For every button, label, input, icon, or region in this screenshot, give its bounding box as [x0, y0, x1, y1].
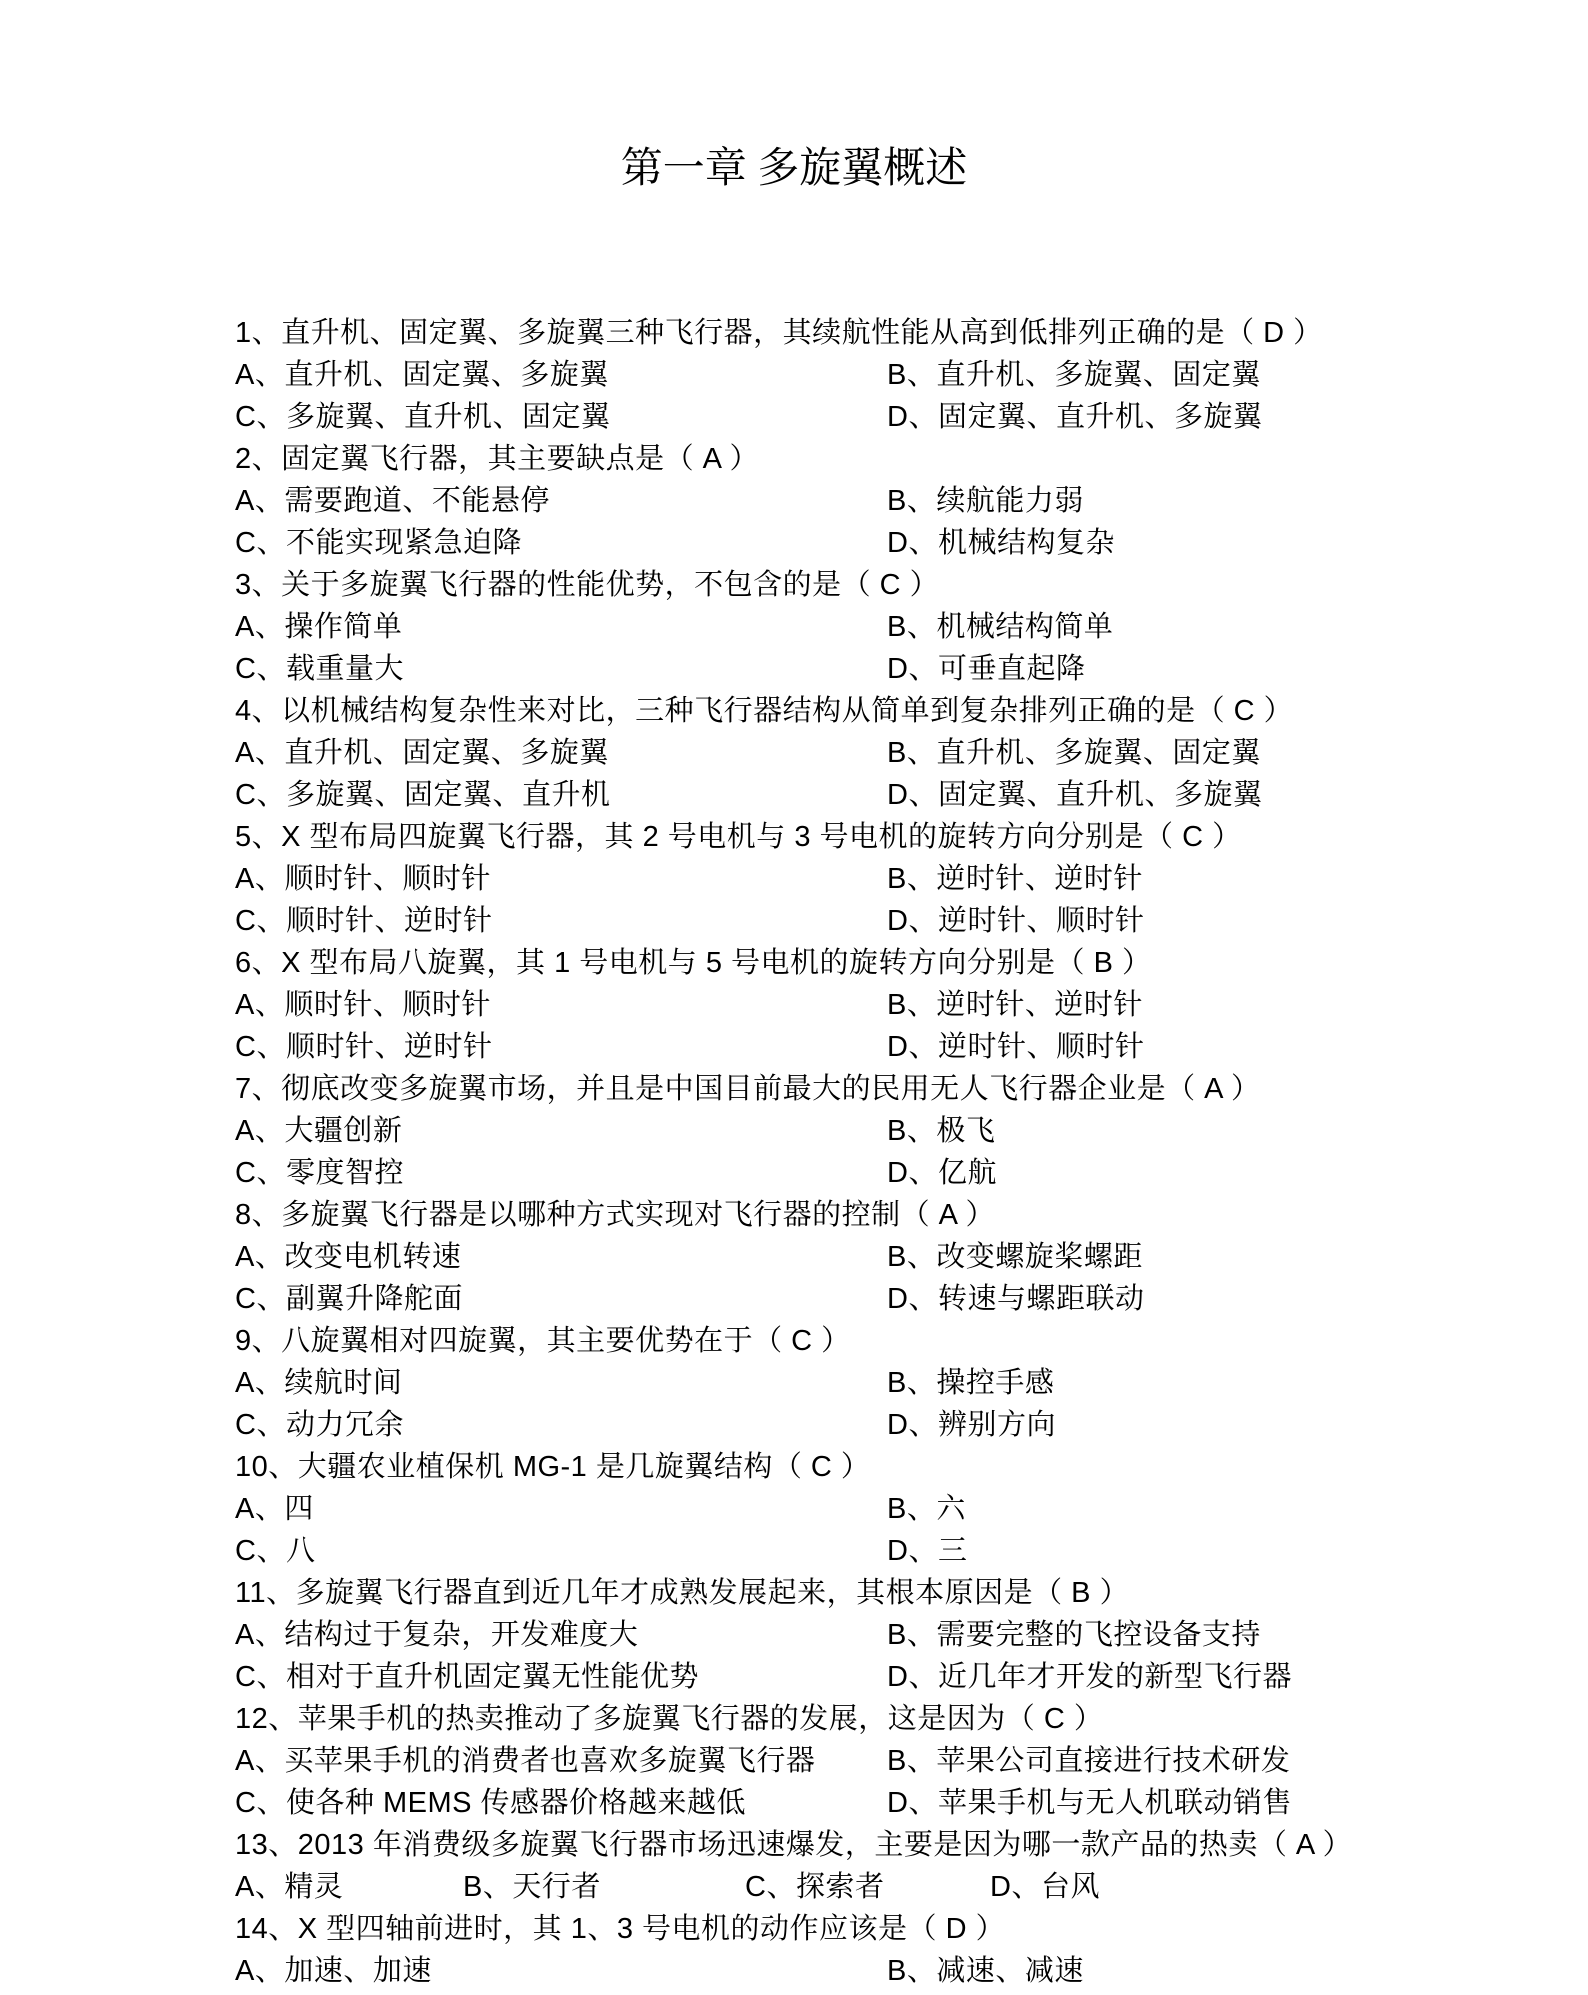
option: D、台风 — [990, 1866, 1100, 1908]
question-block: 3、关于多旋翼飞行器的性能优势，不包含的是（ C ）A、操作简单B、机械结构简单… — [235, 564, 1435, 690]
option: B、改变螺旋桨螺距 — [887, 1236, 1143, 1278]
option: B、天行者 — [463, 1866, 601, 1908]
option: D、逆时针、顺时针 — [887, 1026, 1144, 1068]
option-row: A、改变电机转速B、改变螺旋桨螺距 — [235, 1236, 1435, 1278]
question-block: 10、大疆农业植保机 MG-1 是几旋翼结构（ C ）A、四B、六C、八D、三 — [235, 1446, 1435, 1572]
option: D、三 — [887, 1530, 967, 1572]
option: A、买苹果手机的消费者也喜欢多旋翼飞行器 — [235, 1740, 815, 1782]
question-stem: 3、关于多旋翼飞行器的性能优势，不包含的是（ C ） — [235, 564, 1435, 606]
option-row: C、不能实现紧急迫降D、机械结构复杂 — [235, 522, 1435, 564]
option: C、使各种 MEMS 传感器价格越来越低 — [235, 1782, 746, 1824]
option: C、探索者 — [745, 1866, 884, 1908]
option-row: C、副翼升降舵面D、转速与螺距联动 — [235, 1278, 1435, 1320]
option-row: A、续航时间B、操控手感 — [235, 1362, 1435, 1404]
question-block: 5、X 型布局四旋翼飞行器，其 2 号电机与 3 号电机的旋转方向分别是（ C … — [235, 816, 1435, 942]
question-stem: 2、固定翼飞行器，其主要缺点是（ A ） — [235, 438, 1435, 480]
question-stem: 9、八旋翼相对四旋翼，其主要优势在于（ C ） — [235, 1320, 1435, 1362]
question-block: 4、以机械结构复杂性来对比，三种飞行器结构从简单到复杂排列正确的是（ C ）A、… — [235, 690, 1435, 816]
option: A、精灵 — [235, 1866, 343, 1908]
option: B、六 — [887, 1488, 966, 1530]
question-stem: 7、彻底改变多旋翼市场，并且是中国目前最大的民用无人飞行器企业是（ A ） — [235, 1068, 1435, 1110]
option-row: A、顺时针、顺时针B、逆时针、逆时针 — [235, 984, 1435, 1026]
option: D、可垂直起降 — [887, 648, 1085, 690]
option: A、操作简单 — [235, 606, 402, 648]
option: B、减速、减速 — [887, 1950, 1084, 1992]
option-row: A、大疆创新B、极飞 — [235, 1110, 1435, 1152]
option: B、逆时针、逆时针 — [887, 984, 1143, 1026]
option: C、八 — [235, 1530, 315, 1572]
question-block: 12、苹果手机的热卖推动了多旋翼飞行器的发展，这是因为（ C ）A、买苹果手机的… — [235, 1698, 1435, 1824]
option: A、直升机、固定翼、多旋翼 — [235, 732, 609, 774]
option: D、近几年才开发的新型飞行器 — [887, 1656, 1292, 1698]
question-block: 7、彻底改变多旋翼市场，并且是中国目前最大的民用无人飞行器企业是（ A ）A、大… — [235, 1068, 1435, 1194]
option: C、相对于直升机固定翼无性能优势 — [235, 1656, 699, 1698]
option: C、载重量大 — [235, 648, 404, 690]
option: D、逆时针、顺时针 — [887, 900, 1144, 942]
option: D、转速与螺距联动 — [887, 1278, 1144, 1320]
option: A、直升机、固定翼、多旋翼 — [235, 354, 609, 396]
option: B、操控手感 — [887, 1362, 1054, 1404]
option: A、顺时针、顺时针 — [235, 984, 491, 1026]
question-block: 9、八旋翼相对四旋翼，其主要优势在于（ C ）A、续航时间B、操控手感C、动力冗… — [235, 1320, 1435, 1446]
question-stem: 10、大疆农业植保机 MG-1 是几旋翼结构（ C ） — [235, 1446, 1435, 1488]
option: C、零度智控 — [235, 1152, 404, 1194]
option: A、结构过于复杂，开发难度大 — [235, 1614, 638, 1656]
question-stem: 12、苹果手机的热卖推动了多旋翼飞行器的发展，这是因为（ C ） — [235, 1698, 1435, 1740]
question-stem: 4、以机械结构复杂性来对比，三种飞行器结构从简单到复杂排列正确的是（ C ） — [235, 690, 1435, 732]
option-row: A、需要跑道、不能悬停B、续航能力弱 — [235, 480, 1435, 522]
question-block: 1、直升机、固定翼、多旋翼三种飞行器，其续航性能从高到低排列正确的是（ D ）A… — [235, 312, 1435, 438]
option: D、机械结构复杂 — [887, 522, 1115, 564]
option: D、固定翼、直升机、多旋翼 — [887, 396, 1262, 438]
option: B、直升机、多旋翼、固定翼 — [887, 354, 1261, 396]
option: D、固定翼、直升机、多旋翼 — [887, 774, 1262, 816]
option-row: A、四B、六 — [235, 1488, 1435, 1530]
option-row: C、顺时针、逆时针D、逆时针、顺时针 — [235, 900, 1435, 942]
option-row: A、加速、加速B、减速、减速 — [235, 1950, 1435, 1992]
question-block: 11、多旋翼飞行器直到近几年才成熟发展起来，其根本原因是（ B ）A、结构过于复… — [235, 1572, 1435, 1698]
page-title: 第一章 多旋翼概述 — [0, 146, 1588, 192]
question-stem: 1、直升机、固定翼、多旋翼三种飞行器，其续航性能从高到低排列正确的是（ D ） — [235, 312, 1435, 354]
option: C、多旋翼、直升机、固定翼 — [235, 396, 610, 438]
option-row: C、动力冗余D、辨别方向 — [235, 1404, 1435, 1446]
option: C、顺时针、逆时针 — [235, 900, 492, 942]
option-row: C、使各种 MEMS 传感器价格越来越低D、苹果手机与无人机联动销售 — [235, 1782, 1435, 1824]
option-row: A、精灵B、天行者C、探索者D、台风 — [235, 1866, 1435, 1908]
option-row: C、八D、三 — [235, 1530, 1435, 1572]
option-row: A、结构过于复杂，开发难度大B、需要完整的飞控设备支持 — [235, 1614, 1435, 1656]
option: A、续航时间 — [235, 1362, 402, 1404]
option: B、续航能力弱 — [887, 480, 1084, 522]
option-row: A、买苹果手机的消费者也喜欢多旋翼飞行器B、苹果公司直接进行技术研发 — [235, 1740, 1435, 1782]
question-block: 6、X 型布局八旋翼，其 1 号电机与 5 号电机的旋转方向分别是（ B ）A、… — [235, 942, 1435, 1068]
option: B、机械结构简单 — [887, 606, 1113, 648]
question-block: 8、多旋翼飞行器是以哪种方式实现对飞行器的控制（ A ）A、改变电机转速B、改变… — [235, 1194, 1435, 1320]
question-block: 13、2013 年消费级多旋翼飞行器市场迅速爆发，主要是因为哪一款产品的热卖（ … — [235, 1824, 1435, 1908]
question-stem: 11、多旋翼飞行器直到近几年才成熟发展起来，其根本原因是（ B ） — [235, 1572, 1435, 1614]
option-row: C、相对于直升机固定翼无性能优势D、近几年才开发的新型飞行器 — [235, 1656, 1435, 1698]
option: A、四 — [235, 1488, 314, 1530]
option: C、多旋翼、固定翼、直升机 — [235, 774, 610, 816]
option: C、动力冗余 — [235, 1404, 404, 1446]
question-stem: 5、X 型布局四旋翼飞行器，其 2 号电机与 3 号电机的旋转方向分别是（ C … — [235, 816, 1435, 858]
option-row: A、直升机、固定翼、多旋翼B、直升机、多旋翼、固定翼 — [235, 354, 1435, 396]
option-row: A、操作简单B、机械结构简单 — [235, 606, 1435, 648]
option: A、需要跑道、不能悬停 — [235, 480, 550, 522]
option: B、需要完整的飞控设备支持 — [887, 1614, 1261, 1656]
question-block: 2、固定翼飞行器，其主要缺点是（ A ）A、需要跑道、不能悬停B、续航能力弱C、… — [235, 438, 1435, 564]
option-row: A、顺时针、顺时针B、逆时针、逆时针 — [235, 858, 1435, 900]
option-row: C、零度智控D、亿航 — [235, 1152, 1435, 1194]
option: A、大疆创新 — [235, 1110, 402, 1152]
question-stem: 6、X 型布局八旋翼，其 1 号电机与 5 号电机的旋转方向分别是（ B ） — [235, 942, 1435, 984]
option: C、不能实现紧急迫降 — [235, 522, 522, 564]
option: D、辨别方向 — [887, 1404, 1056, 1446]
option-row: A、直升机、固定翼、多旋翼B、直升机、多旋翼、固定翼 — [235, 732, 1435, 774]
option: D、亿航 — [887, 1152, 997, 1194]
option-row: C、多旋翼、直升机、固定翼D、固定翼、直升机、多旋翼 — [235, 396, 1435, 438]
option: D、苹果手机与无人机联动销售 — [887, 1782, 1292, 1824]
option-row: C、载重量大D、可垂直起降 — [235, 648, 1435, 690]
option: A、加速、加速 — [235, 1950, 432, 1992]
option: B、逆时针、逆时针 — [887, 858, 1143, 900]
option: C、副翼升降舵面 — [235, 1278, 463, 1320]
question-stem: 8、多旋翼飞行器是以哪种方式实现对飞行器的控制（ A ） — [235, 1194, 1435, 1236]
option: B、苹果公司直接进行技术研发 — [887, 1740, 1290, 1782]
option: C、顺时针、逆时针 — [235, 1026, 492, 1068]
question-block: 14、X 型四轴前进时，其 1、3 号电机的动作应该是（ D ）A、加速、加速B… — [235, 1908, 1435, 1992]
question-stem: 14、X 型四轴前进时，其 1、3 号电机的动作应该是（ D ） — [235, 1908, 1435, 1950]
option: A、顺时针、顺时针 — [235, 858, 491, 900]
question-list: 1、直升机、固定翼、多旋翼三种飞行器，其续航性能从高到低排列正确的是（ D ）A… — [235, 312, 1435, 1992]
option-row: C、多旋翼、固定翼、直升机D、固定翼、直升机、多旋翼 — [235, 774, 1435, 816]
option-row: C、顺时针、逆时针D、逆时针、顺时针 — [235, 1026, 1435, 1068]
option: B、极飞 — [887, 1110, 995, 1152]
option: B、直升机、多旋翼、固定翼 — [887, 732, 1261, 774]
option: A、改变电机转速 — [235, 1236, 461, 1278]
question-stem: 13、2013 年消费级多旋翼飞行器市场迅速爆发，主要是因为哪一款产品的热卖（ … — [235, 1824, 1435, 1866]
